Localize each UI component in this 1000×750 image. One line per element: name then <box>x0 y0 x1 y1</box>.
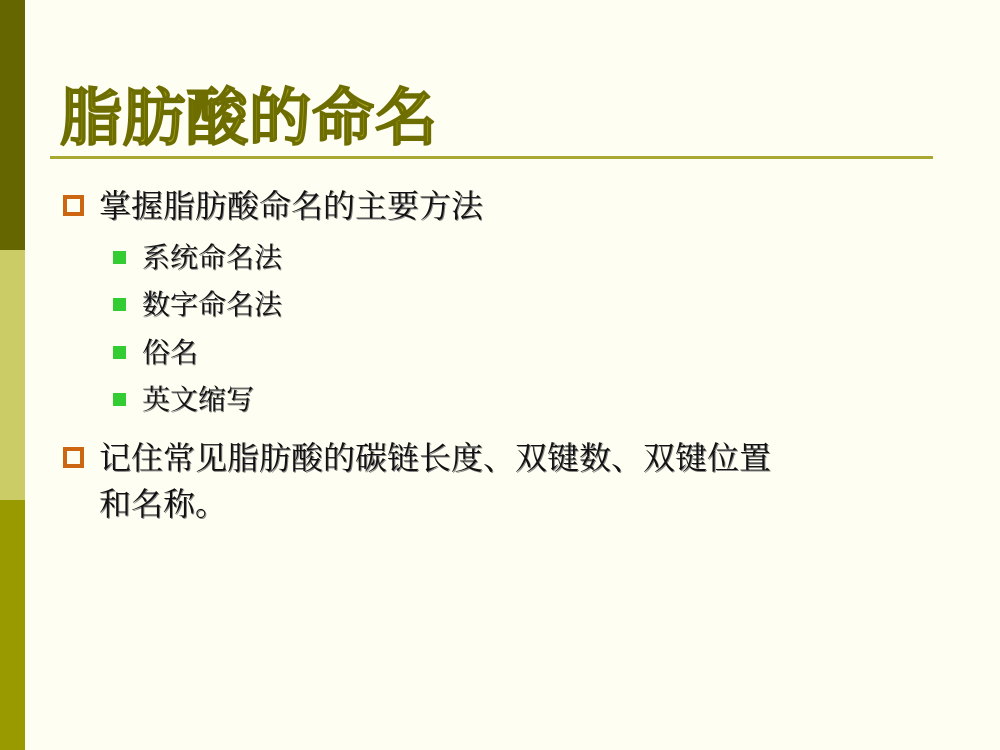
filled-square-bullet-icon <box>113 298 126 311</box>
filled-square-bullet-icon <box>113 393 126 406</box>
sub-bullet-text: 数字命名法 <box>142 286 282 324</box>
sub-bullet-text: 系统命名法 <box>142 239 282 277</box>
slide-title: 脂肪酸的命名 <box>60 80 438 156</box>
sub-bullet-text: 俗名 <box>142 334 198 372</box>
bullet-text-line2: 和名称。 <box>99 482 227 526</box>
bullet-text-line1: 记住常见脂肪酸的碳链长度、双键数、双键位置 <box>99 436 771 480</box>
sidebar-segment-middle <box>0 250 25 500</box>
title-divider <box>50 156 933 159</box>
sidebar-decoration <box>0 0 25 750</box>
filled-square-bullet-icon <box>113 346 126 359</box>
filled-square-bullet-icon <box>113 251 126 264</box>
hollow-square-bullet-icon <box>63 447 84 468</box>
bullet-text: 掌握脂肪酸命名的主要方法 <box>99 184 483 228</box>
sub-bullet-text: 英文缩写 <box>142 381 254 419</box>
sidebar-segment-top <box>0 0 25 250</box>
sidebar-segment-bottom <box>0 500 25 750</box>
hollow-square-bullet-icon <box>63 195 84 216</box>
